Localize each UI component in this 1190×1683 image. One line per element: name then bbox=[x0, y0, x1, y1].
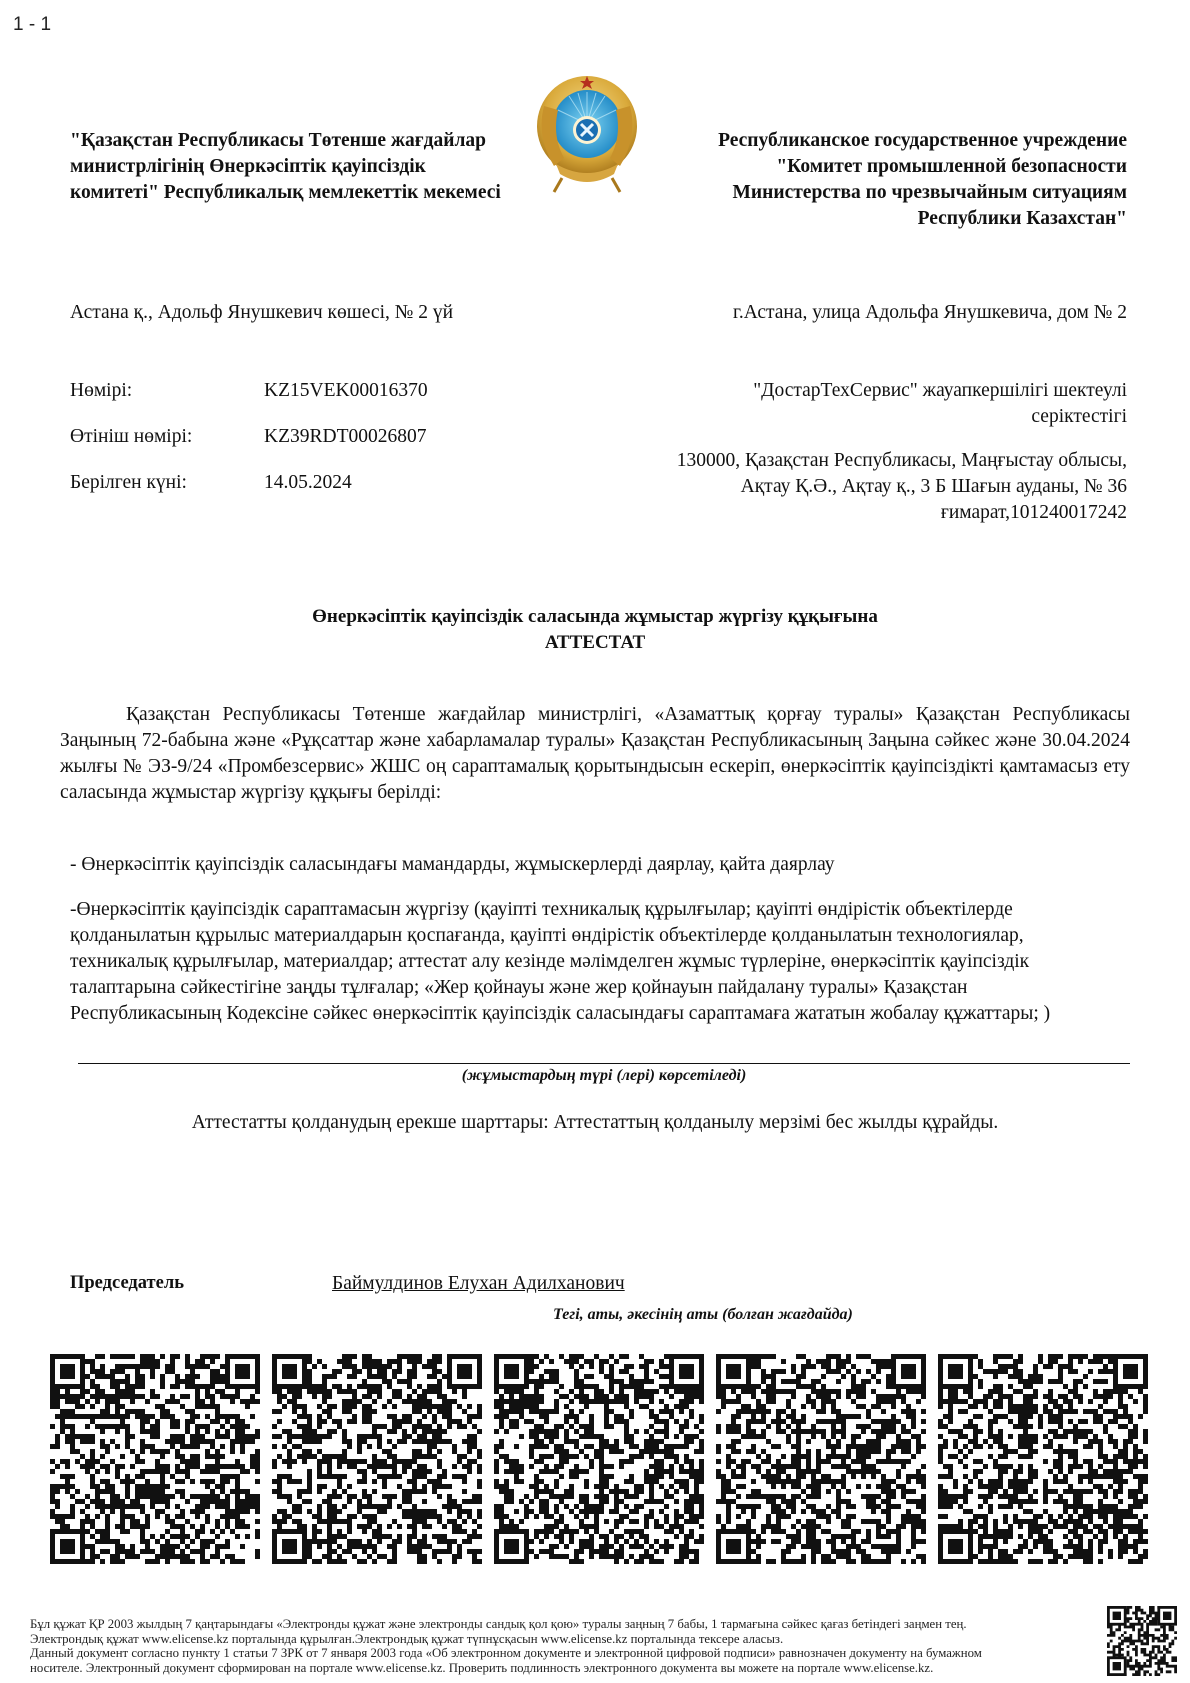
title-attestat: АТТЕСТАТ bbox=[60, 630, 1130, 656]
verification-qr-code-icon[interactable] bbox=[1107, 1605, 1177, 1677]
recipient-address: 130000, Қазақстан Республикасы, Маңғыста… bbox=[657, 448, 1127, 526]
signatory-name: Баймулдинов Елухан Адилханович bbox=[332, 1273, 625, 1295]
qr-code-icon bbox=[50, 1353, 260, 1565]
footer-disclaimer: Бұл құжат ҚР 2003 жылдың 7 қаңтарындағы … bbox=[30, 1617, 1090, 1675]
issuer-name-kazakh: "Қазақстан Республикасы Төтенше жағдайла… bbox=[70, 128, 510, 206]
permitted-work-item: -Өнеркәсіптік қауіпсіздік сараптамасын ж… bbox=[70, 897, 1070, 1027]
qr-code-icon bbox=[938, 1353, 1148, 1565]
divider-caption: (жұмыстардың түрі (лері) көрсетіледі) bbox=[78, 1067, 1130, 1085]
footer-line: Данный документ согласно пункту 1 статьи… bbox=[30, 1646, 1090, 1661]
document-meta: Нөмірі: KZ15VEK00016370 Өтініш нөмірі: K… bbox=[70, 380, 428, 518]
footer-line: Бұл құжат ҚР 2003 жылдың 7 қаңтарындағы … bbox=[30, 1617, 1090, 1632]
issuer-address-russian: г.Астана, улица Адольфа Янушкевича, дом … bbox=[657, 300, 1127, 326]
meta-label: Нөмірі: bbox=[70, 380, 264, 426]
meta-value: 14.05.2024 bbox=[264, 472, 352, 518]
qr-code-icon bbox=[494, 1353, 704, 1565]
kazakhstan-state-emblem-icon bbox=[534, 66, 640, 194]
meta-row-number: Нөмірі: KZ15VEK00016370 bbox=[70, 380, 428, 426]
title-line: Өнеркәсіптік қауіпсіздік саласында жұмыс… bbox=[60, 604, 1130, 630]
meta-value: KZ15VEK00016370 bbox=[264, 380, 428, 426]
page-number: 1 - 1 bbox=[13, 14, 51, 36]
qr-code-icon bbox=[716, 1353, 926, 1565]
issuer-address-kazakh: Астана қ., Адольф Янушкевич көшесі, № 2 … bbox=[70, 300, 510, 326]
signature-qr-codes bbox=[50, 1353, 1148, 1565]
issuer-name-russian: Республиканское государственное учрежден… bbox=[687, 128, 1127, 232]
permitted-work-item: - Өнеркәсіптік қауіпсіздік саласындағы м… bbox=[70, 852, 1130, 878]
recipient-name: "ДостарТехСервис" жауапкершілігі шектеул… bbox=[657, 378, 1127, 430]
footer-line: Электрондық құжат www.elicense.kz портал… bbox=[30, 1632, 1090, 1647]
meta-label: Берілген күні: bbox=[70, 472, 264, 518]
meta-value: KZ39RDT00026807 bbox=[264, 426, 427, 472]
meta-row-issue-date: Берілген күні: 14.05.2024 bbox=[70, 472, 428, 518]
signatory-role: Председатель bbox=[70, 1273, 184, 1294]
footer-line: носителе. Электронный документ сформиров… bbox=[30, 1661, 1090, 1676]
qr-code-icon bbox=[272, 1353, 482, 1565]
meta-label: Өтініш нөмірі: bbox=[70, 426, 264, 472]
divider-line bbox=[78, 1063, 1130, 1064]
body-paragraph: Қазақстан Республикасы Төтенше жағдайлар… bbox=[60, 702, 1130, 806]
document-title: Өнеркәсіптік қауіпсіздік саласында жұмыс… bbox=[60, 604, 1130, 656]
meta-row-application-number: Өтініш нөмірі: KZ39RDT00026807 bbox=[70, 426, 428, 472]
signatory-caption: Тегі, аты, әкесінің аты (болған жағдайда… bbox=[553, 1306, 853, 1324]
special-conditions: Аттестатты қолданудың ерекше шарттары: А… bbox=[60, 1112, 1130, 1134]
